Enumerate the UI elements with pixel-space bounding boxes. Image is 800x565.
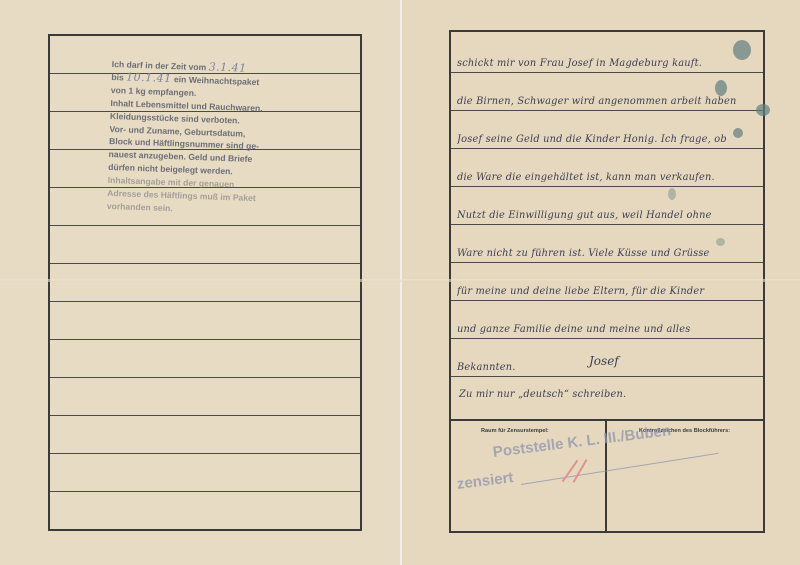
box-divider-line <box>451 419 763 421</box>
footer-note: Zu mir nur „deutsch“ schreiben. <box>459 389 759 400</box>
ruled-line <box>451 300 763 301</box>
paper-fold <box>0 279 800 282</box>
ruled-line <box>50 225 360 226</box>
ruled-line <box>451 376 763 377</box>
ink-stain <box>733 40 751 60</box>
censor-stamp-line2: zensiert <box>456 469 514 493</box>
letter-line: Nutzt die Einwilligung gut aus, weil Han… <box>457 210 759 221</box>
ruled-line <box>451 186 763 187</box>
ruled-line <box>451 148 763 149</box>
ruled-line <box>50 491 360 492</box>
ruled-line <box>50 339 360 340</box>
letter-line: und ganze Familie deine und meine und al… <box>457 324 759 335</box>
letter-line: die Birnen, Schwager wird angenommen arb… <box>457 96 759 107</box>
ruled-line <box>50 377 360 378</box>
letter-line: Ware nicht zu führen ist. Viele Küsse un… <box>457 248 759 259</box>
signature: Josef <box>589 354 619 368</box>
censor-stamp: Poststelle K. L. III./Buben zensiert <box>457 440 727 500</box>
left-page: Ich darf in der Zeit vom 3.1.41 bis 10.1… <box>0 0 400 565</box>
ruled-line <box>451 72 763 73</box>
letter-line: Josef seine Geld und die Kinder Honig. I… <box>457 134 759 145</box>
letter-line: schickt mir von Frau Josef in Magdeburg … <box>457 58 759 69</box>
letter-line: die Ware die eingehältet ist, kann man v… <box>457 172 759 183</box>
left-page-frame: Ich darf in der Zeit vom 3.1.41 bis 10.1… <box>48 34 362 531</box>
package-permission-stamp: Ich darf in der Zeit vom 3.1.41 bis 10.1… <box>107 58 362 222</box>
ruled-line <box>451 262 763 263</box>
ink-stain <box>733 128 743 138</box>
ruled-line <box>50 415 360 416</box>
ruled-line <box>451 224 763 225</box>
censor-box-label: Raum für Zensurstempel: <box>481 428 549 434</box>
ruled-line <box>50 263 360 264</box>
ruled-line <box>50 301 360 302</box>
ink-stain <box>756 104 770 116</box>
ink-stain <box>715 80 727 96</box>
ruled-line <box>451 338 763 339</box>
ruled-line <box>50 453 360 454</box>
ruled-line <box>451 110 763 111</box>
ink-stain <box>668 188 676 200</box>
right-page: schickt mir von Frau Josef in Magdeburg … <box>402 0 800 565</box>
letter-line: für meine und deine liebe Eltern, für di… <box>457 286 759 297</box>
censor-underline <box>521 453 719 485</box>
ink-stain <box>716 238 725 246</box>
